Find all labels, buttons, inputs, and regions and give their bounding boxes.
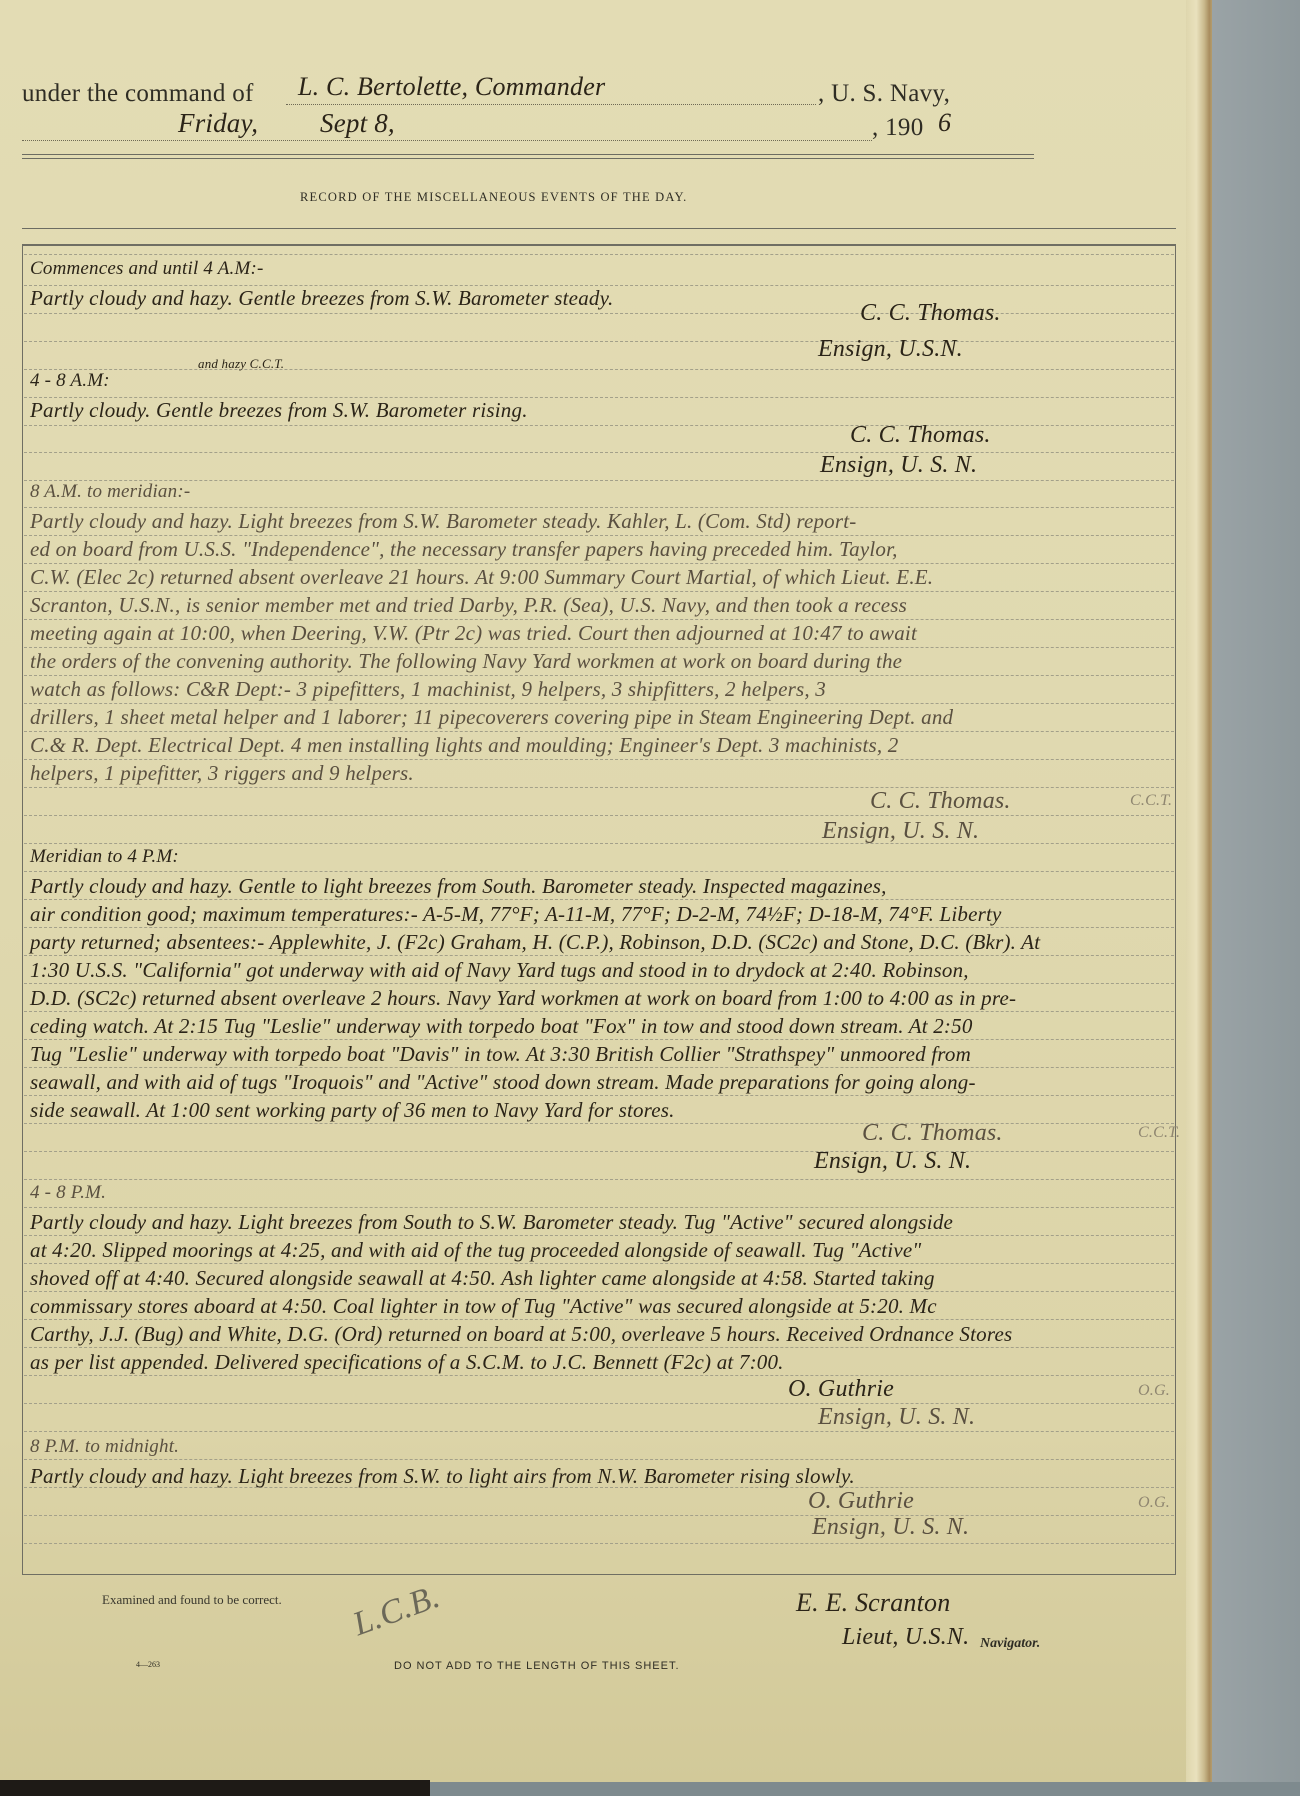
watch-line: Carthy, J.J. (Bug) and White, D.G. (Ord)… — [30, 1322, 1012, 1347]
officer-rank: Ensign, U. S. N. — [814, 1148, 971, 1175]
date: Sept 8, — [320, 108, 395, 139]
officer-signature: C. C. Thomas. — [862, 1120, 1003, 1147]
watch-title: 8 A.M. to meridian:- — [30, 481, 190, 503]
officer-initials: C.C.T. — [1138, 1124, 1180, 1142]
watch-line: helpers, 1 pipefitter, 3 riggers and 9 h… — [30, 761, 414, 786]
examined-statement: Examined and found to be correct. — [102, 1592, 282, 1608]
officer-initials: O.G. — [1138, 1382, 1170, 1400]
header-rule-bottom — [22, 158, 1034, 159]
navy-suffix: , U. S. Navy, — [818, 80, 950, 108]
officer-rank: Ensign, U. S. N. — [822, 818, 979, 845]
command-prefix: under the command of — [22, 80, 254, 108]
box-top-rule — [22, 228, 1176, 229]
commander-field-line — [286, 104, 816, 105]
watch-title: Meridian to 4 P.M: — [30, 846, 179, 868]
watch-line: commissary stores aboard at 4:50. Coal l… — [30, 1294, 937, 1319]
watch-line: party returned; absentees:- Applewhite, … — [30, 930, 1040, 955]
watch-line: Partly cloudy and hazy. Light breezes fr… — [30, 1210, 953, 1235]
length-notice: DO NOT ADD TO THE LENGTH OF THIS SHEET. — [394, 1660, 680, 1672]
watch-title: 4 - 8 P.M. — [30, 1182, 106, 1204]
watch-line: Partly cloudy. Gentle breezes from S.W. … — [30, 398, 528, 423]
officer-signature: O. Guthrie — [808, 1488, 914, 1515]
officer-initials: C.C.T. — [1130, 792, 1172, 810]
background-surface — [1212, 0, 1300, 1796]
section-title: RECORD OF THE MISCELLANEOUS EVENTS OF TH… — [300, 190, 687, 205]
watch-line: the orders of the convening authority. T… — [30, 649, 902, 674]
watch-line: 1:30 U.S.S. "California" got underway wi… — [30, 958, 969, 983]
watch-line: watch as follows: C&R Dept:- 3 pipefitte… — [30, 677, 826, 702]
day-of-week: Friday, — [178, 108, 258, 139]
watch-line: ceding watch. At 2:15 Tug "Leslie" under… — [30, 1014, 973, 1039]
watch-line: shoved off at 4:40. Secured alongside se… — [30, 1266, 935, 1291]
watch-line: Partly cloudy and hazy. Light breezes fr… — [30, 1464, 855, 1489]
form-number: 4—263 — [136, 1660, 160, 1669]
officer-rank: Ensign, U. S. N. — [812, 1514, 969, 1541]
watch-line: side seawall. At 1:00 sent working party… — [30, 1098, 675, 1123]
officer-rank: Ensign, U. S. N. — [820, 452, 977, 479]
page-edge — [1186, 0, 1212, 1782]
watch-line: Partly cloudy and hazy. Gentle to light … — [30, 874, 887, 899]
officer-initials: O.G. — [1138, 1494, 1170, 1512]
officer-signature: C. C. Thomas. — [850, 422, 991, 449]
watch-line: air condition good; maximum temperatures… — [30, 902, 1002, 927]
binding-shadow — [0, 1780, 430, 1796]
header-rule-top — [22, 154, 1034, 155]
watch-line: at 4:20. Slipped moorings at 4:25, and w… — [30, 1238, 921, 1263]
navigator-signature: E. E. Scranton — [796, 1588, 950, 1618]
watch-line: C.& R. Dept. Electrical Dept. 4 men inst… — [30, 733, 899, 758]
watch-line: drillers, 1 sheet metal helper and 1 lab… — [30, 705, 953, 730]
year-digit: 6 — [938, 108, 951, 138]
watch-line: Partly cloudy and hazy. Gentle breezes f… — [30, 286, 613, 311]
watch-line: meeting again at 10:00, when Deering, V.… — [30, 621, 917, 646]
watch-line: as per list appended. Delivered specific… — [30, 1350, 784, 1375]
watch-line: seawall, and with aid of tugs "Iroquois"… — [30, 1070, 976, 1095]
watch-line: ed on board from U.S.S. "Independence", … — [30, 537, 898, 562]
watch-insertion: and hazy C.C.T. — [198, 356, 284, 372]
watch-line: Tug "Leslie" underway with torpedo boat … — [30, 1042, 971, 1067]
officer-signature: C. C. Thomas. — [860, 300, 1001, 327]
commander-name: L. C. Bertolette, Commander — [298, 72, 605, 102]
officer-signature: C. C. Thomas. — [870, 788, 1011, 815]
year-prefix: , 190 — [872, 114, 924, 142]
watch-line: D.D. (SC2c) returned absent overleave 2 … — [30, 986, 1016, 1011]
navigator-rank: Lieut, U.S.N. — [842, 1624, 969, 1651]
watch-title: 8 P.M. to midnight. — [30, 1436, 179, 1458]
watch-title: Commences and until 4 A.M:- — [30, 258, 264, 280]
watch-line: Partly cloudy and hazy. Light breezes fr… — [30, 509, 856, 534]
date-field-line — [22, 140, 872, 141]
watch-line: C.W. (Elec 2c) returned absent overleave… — [30, 565, 933, 590]
watch-title: 4 - 8 A.M: — [30, 370, 110, 392]
watch-line: Scranton, U.S.N., is senior member met a… — [30, 593, 907, 618]
officer-rank: Ensign, U. S. N. — [818, 1404, 975, 1431]
officer-rank: Ensign, U.S.N. — [818, 336, 963, 363]
officer-signature: O. Guthrie — [788, 1376, 894, 1403]
navigator-label: Navigator. — [980, 1636, 1040, 1652]
